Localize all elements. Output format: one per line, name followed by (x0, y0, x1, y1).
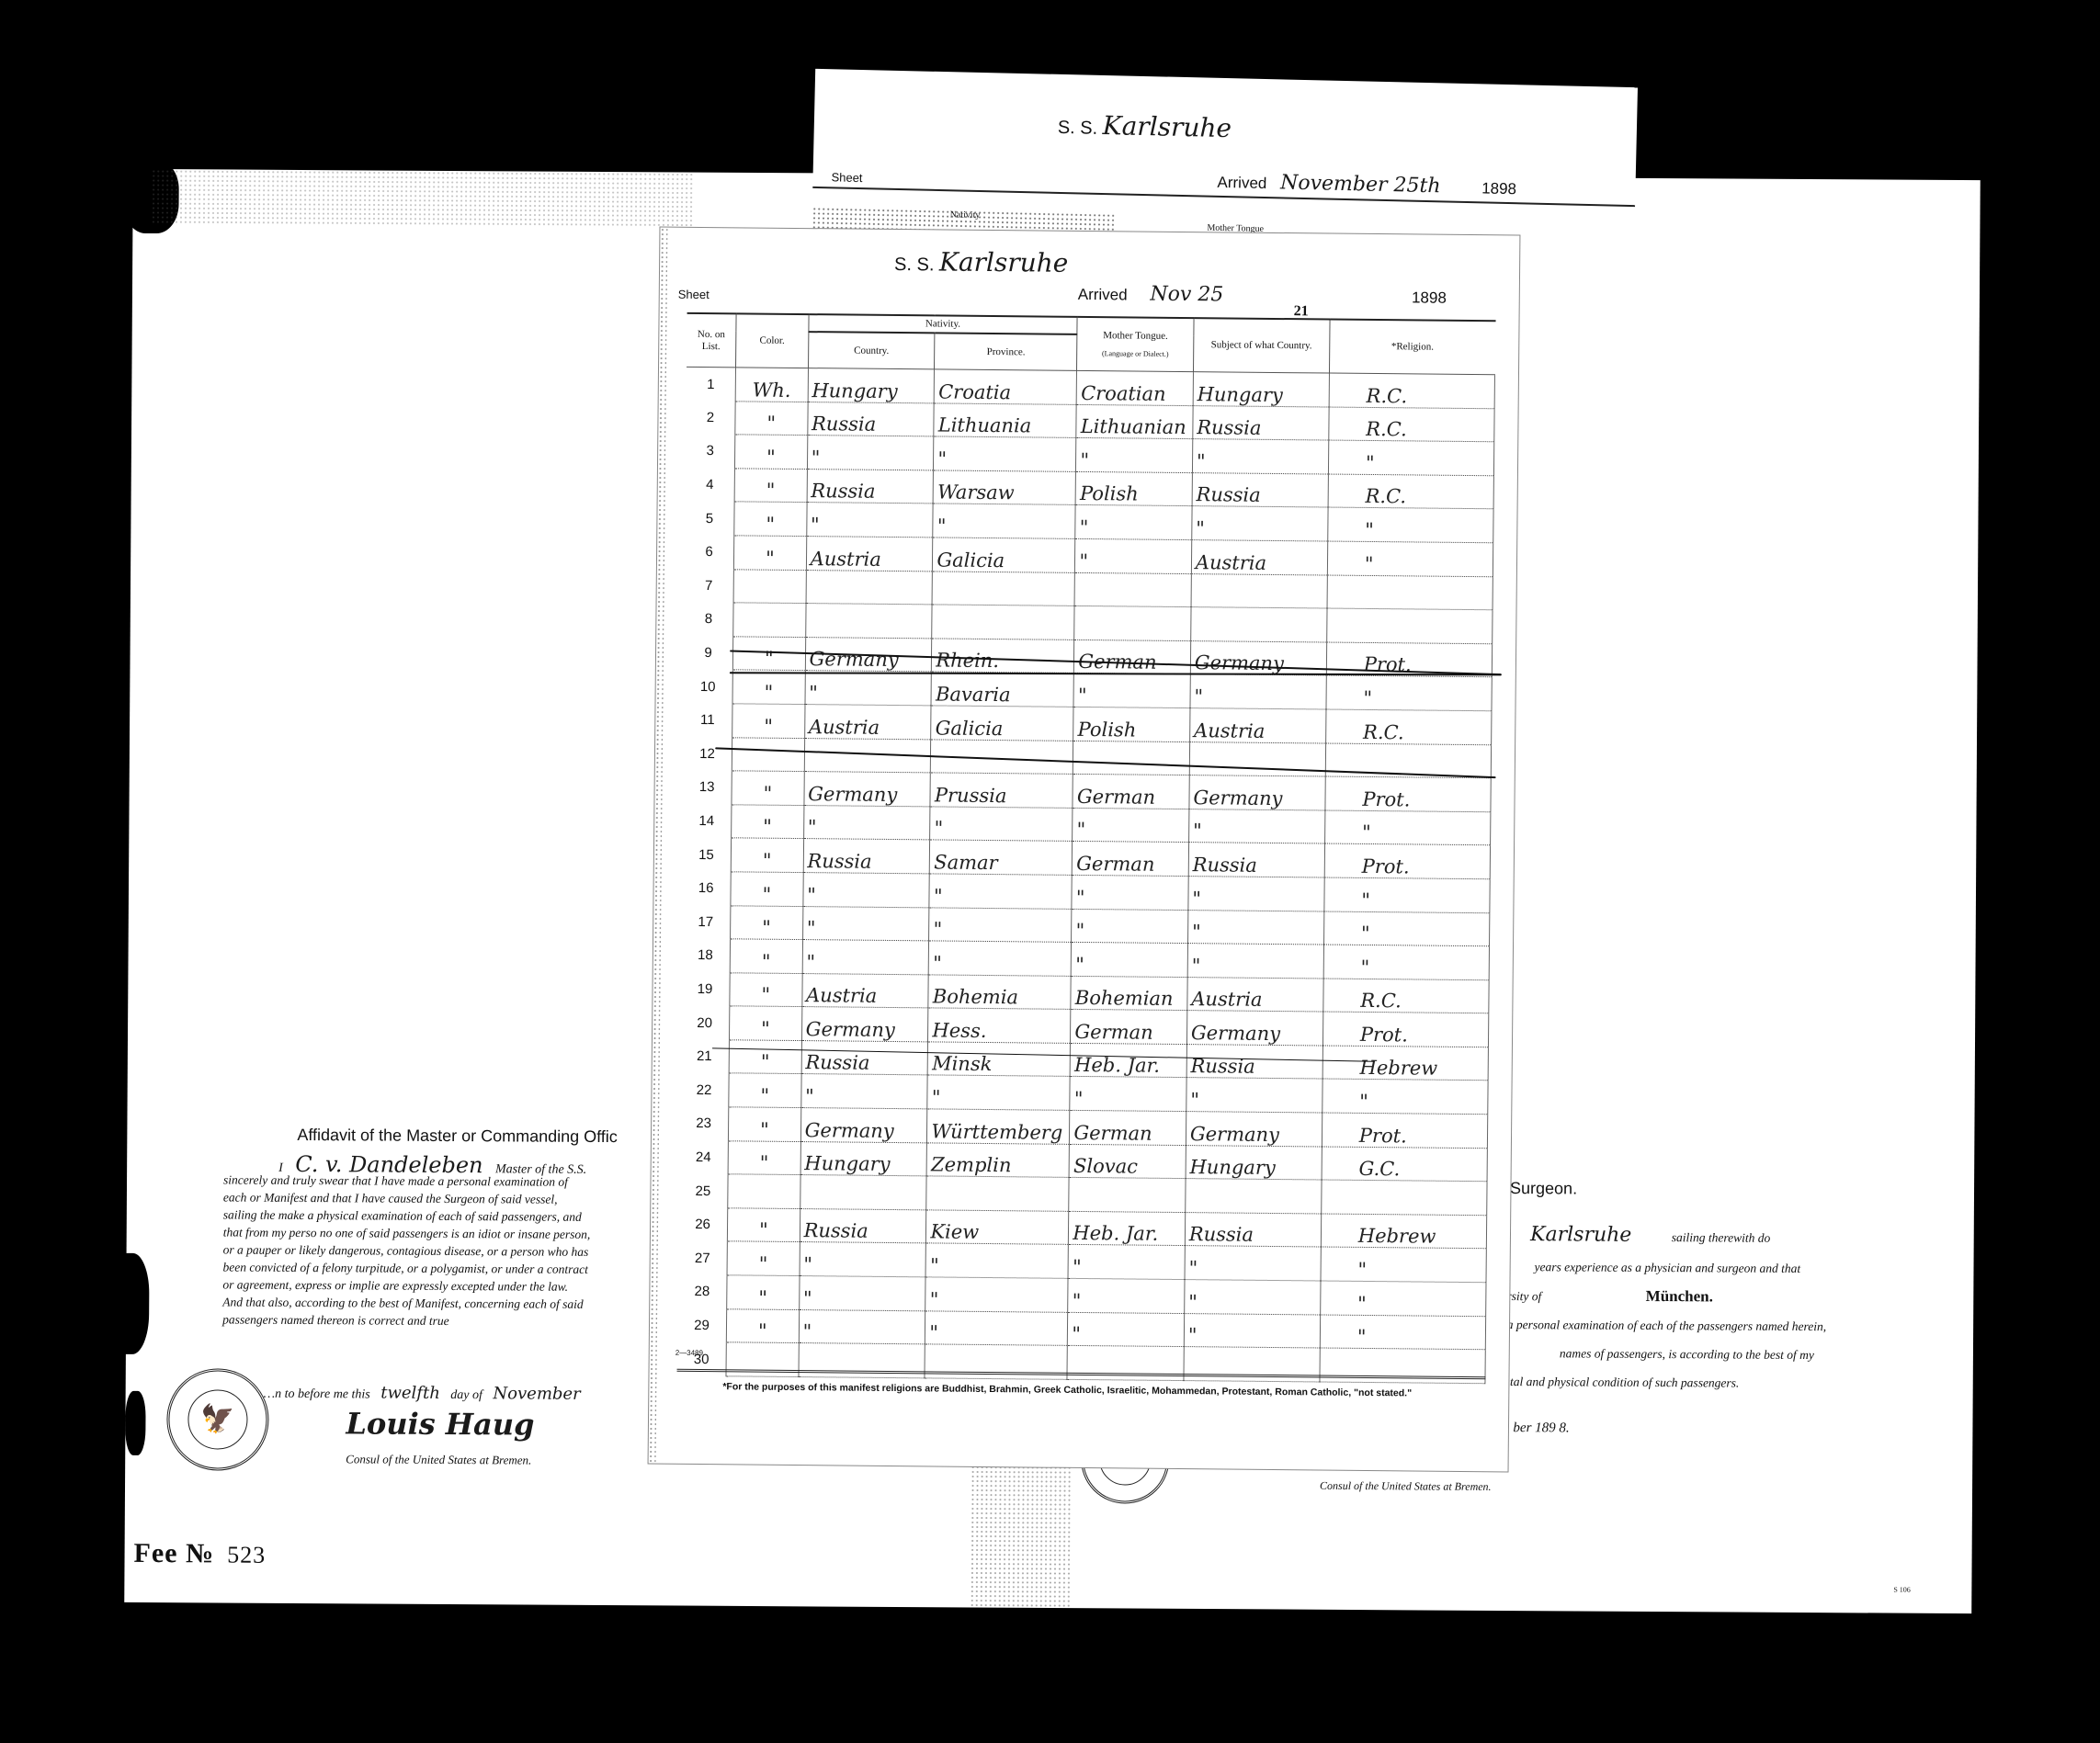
subject-cell: " (1184, 1313, 1320, 1348)
subject-cell: " (1192, 506, 1328, 541)
row-number: 22 (679, 1073, 729, 1107)
religion-cell: Prot. (1325, 776, 1491, 811)
country-cell: Russia (807, 402, 934, 436)
country-cell: Germany (800, 1108, 927, 1143)
mother-tongue-cell: Heb. Jar. (1071, 1043, 1187, 1078)
religion-cell: R.C. (1328, 474, 1493, 509)
sworn-line: …n to before me this twelfth day of Nove… (264, 1383, 581, 1404)
row-number: 15 (682, 838, 732, 872)
torn-edge (125, 1391, 145, 1455)
mother-tongue-cell: " (1075, 505, 1192, 540)
country-cell: Russia (800, 1208, 926, 1243)
color-cell: " (729, 1107, 801, 1141)
religion-cell: Hebrew (1321, 1214, 1486, 1249)
province-cell: " (927, 1075, 1070, 1110)
color-cell: " (727, 1208, 800, 1242)
mother-tongue-cell: Polish (1075, 471, 1192, 506)
country-cell: Austria (806, 537, 933, 572)
religion-cell: Prot. (1322, 1012, 1488, 1047)
mother-tongue-cell: Polish (1073, 707, 1190, 741)
row-number: 18 (681, 938, 731, 972)
row-number: 16 (681, 871, 731, 905)
color-cell: " (734, 502, 807, 536)
affidavit-master-body: sincerely and truly swear that I have ma… (222, 1171, 591, 1330)
color-cell: " (732, 805, 804, 839)
country-cell: Russia (801, 1040, 928, 1075)
scan-noise (970, 1460, 1072, 1608)
religion-footnote: *For the purposes of this manifest relig… (722, 1381, 1412, 1398)
province-cell: Warsaw (933, 470, 1075, 505)
province-cell: Lithuania (934, 403, 1076, 438)
country-cell: Germany (804, 772, 931, 807)
subject-cell: Russia (1186, 1044, 1322, 1079)
color-cell (733, 603, 806, 637)
color-cell (728, 1174, 800, 1208)
province-cell: " (929, 874, 1072, 909)
country-cell: " (807, 436, 934, 470)
religion-cell: Prot. (1322, 1113, 1487, 1148)
row-number: 28 (677, 1274, 727, 1308)
mother-tongue-cell: German (1073, 775, 1189, 809)
province-cell: Galicia (933, 538, 1075, 572)
header-color: Color. (736, 313, 809, 368)
province-cell: Croatia (935, 369, 1077, 404)
mother-tongue-cell: German (1070, 1110, 1186, 1145)
province-cell (932, 605, 1074, 639)
sheet-label: Sheet (678, 288, 709, 301)
color-cell: " (732, 704, 805, 738)
province-cell: Minsk (928, 1042, 1071, 1077)
row-number: 5 (685, 502, 734, 536)
mother-tongue-cell (1074, 606, 1191, 641)
subject-cell: " (1187, 944, 1323, 979)
mother-tongue-cell (1074, 572, 1191, 607)
color-cell (732, 737, 804, 771)
religion-cell: " (1321, 1247, 1486, 1282)
manifest-table: No. on List. Color. Nativity. Mother Ton… (676, 312, 1495, 1384)
previous-manifest-header: S. S. Karlsruhe Sheet Arrived November 2… (812, 69, 1638, 257)
color-cell: " (730, 972, 802, 1006)
fee-stamp: Fee №523 (133, 1538, 266, 1570)
country-cell: Hungary (800, 1141, 927, 1176)
religion-cell: " (1324, 810, 1490, 845)
mother-tongue-cell: " (1070, 1077, 1186, 1112)
country-cell: Russia (807, 469, 934, 504)
country-cell: " (805, 671, 932, 706)
subject-cell: Russia (1188, 843, 1324, 877)
religion-cell: " (1328, 440, 1493, 475)
mother-tongue-cell: " (1068, 1245, 1185, 1280)
row-number: 12 (683, 737, 732, 771)
religion-cell: R.C. (1323, 979, 1489, 1013)
province-cell: " (925, 1243, 1068, 1278)
country-cell: " (799, 1276, 925, 1311)
row-number: 20 (680, 1006, 730, 1040)
subject-cell: Austria (1191, 540, 1327, 575)
color-cell: " (728, 1140, 800, 1174)
consul-title-left: Consul of the United States at Bremen. (346, 1452, 531, 1467)
religion-cell: G.C. (1322, 1147, 1487, 1182)
header-no: No. on List. (687, 313, 736, 368)
subject-cell: " (1185, 1246, 1321, 1281)
color-cell: " (731, 872, 803, 906)
mother-tongue-cell (1073, 741, 1190, 775)
row-number: 8 (684, 602, 733, 636)
header-country: Country. (808, 332, 935, 369)
mother-tongue-cell: " (1072, 909, 1188, 944)
mother-tongue-cell: " (1076, 438, 1193, 473)
province-cell: Württemberg (927, 1109, 1070, 1144)
country-cell: " (802, 906, 929, 941)
consulate-seal-left: 🦅 (166, 1368, 269, 1471)
province-cell: " (925, 1277, 1068, 1312)
province-cell (932, 571, 1074, 606)
subject-cell: Germany (1190, 640, 1326, 675)
subject-cell: Germany (1189, 775, 1325, 810)
subject-cell: " (1190, 674, 1326, 709)
arrived-date: Nov 25 (1150, 283, 1223, 307)
header-subject: Subject of what Country. (1193, 318, 1330, 373)
row-number: 17 (681, 905, 731, 939)
torn-edge (108, 1253, 150, 1354)
header-mother-tongue: Mother Tongue. (Language or Dialect.) (1077, 317, 1194, 372)
mother-tongue-cell: German (1074, 639, 1191, 674)
religion-cell: R.C. (1329, 373, 1494, 408)
country-cell: Austria (804, 705, 931, 740)
row-number: 26 (678, 1207, 728, 1241)
religion-cell: " (1327, 541, 1493, 576)
mother-tongue-cell: German (1073, 842, 1189, 877)
header-province: Province. (935, 333, 1077, 370)
country-cell: " (800, 1242, 926, 1277)
province-cell: " (933, 504, 1075, 538)
mother-tongue-cell: Heb. Jar. (1069, 1211, 1186, 1246)
subject-cell: Russia (1192, 472, 1328, 507)
form-number: 2—3489 (675, 1349, 703, 1357)
province-cell: Bohemia (928, 975, 1071, 1010)
province-cell: Prussia (930, 773, 1073, 808)
row-number: 3 (686, 435, 735, 469)
mother-tongue-cell: German (1071, 1010, 1187, 1045)
province-cell: Kiew (926, 1210, 1069, 1245)
mother-tongue-cell: Lithuanian (1076, 404, 1193, 439)
eagle-emblem-icon: 🦅 (187, 1389, 247, 1449)
religion-cell: R.C. (1325, 709, 1491, 744)
row-number: 19 (680, 972, 730, 1006)
country-cell: " (806, 503, 933, 538)
country-cell: Russia (803, 839, 930, 874)
subject-cell (1191, 607, 1327, 642)
row-number: 10 (684, 670, 733, 704)
religion-cell (1327, 608, 1493, 643)
country-cell: " (803, 872, 930, 907)
color-cell: " (735, 401, 808, 435)
religion-cell: R.C. (1329, 407, 1494, 442)
province-cell: " (934, 436, 1076, 471)
subject-cell: Hungary (1186, 1145, 1322, 1180)
color-cell: " (732, 771, 804, 805)
row-number: 29 (677, 1308, 727, 1342)
color-cell: " (730, 1006, 802, 1040)
subject-cell: Germany (1186, 1011, 1322, 1046)
country-cell: " (799, 1309, 925, 1344)
color-cell: " (735, 435, 808, 469)
row-number: 23 (679, 1106, 729, 1140)
color-cell: " (729, 1040, 801, 1074)
row-number: 21 (680, 1039, 730, 1073)
religion-cell: " (1328, 507, 1493, 542)
mother-tongue-cell: " (1068, 1278, 1185, 1313)
religion-cell: Hebrew (1322, 1046, 1488, 1081)
religion-cell: Prot. (1324, 843, 1490, 878)
province-cell: Hess. (928, 1008, 1071, 1043)
country-cell (805, 604, 932, 639)
manifest-sheet: S. S. Karlsruhe Sheet Arrived Nov 25 189… (649, 228, 1520, 1472)
province-cell: Bavaria (931, 672, 1073, 707)
province-cell: Zemplin (926, 1143, 1069, 1178)
ship-name-line: S. S. Karlsruhe (894, 246, 1069, 278)
province-cell: " (925, 1310, 1068, 1345)
row-number: 27 (678, 1241, 728, 1275)
header-religion: *Religion. (1329, 320, 1495, 375)
color-cell (733, 569, 806, 603)
row-number: 25 (678, 1174, 728, 1208)
color-cell: " (733, 536, 806, 570)
mother-tongue-cell: Bohemian (1071, 976, 1187, 1011)
province-cell: " (930, 807, 1073, 842)
religion-cell: " (1320, 1315, 1485, 1350)
province-cell: " (929, 941, 1072, 976)
mother-tongue-cell: " (1068, 1312, 1185, 1347)
arrived-line: Arrived Nov 25 1898 (1078, 282, 1447, 309)
surgeon-date: ber 189 8. (1513, 1420, 1569, 1436)
mother-tongue-cell: Slovac (1069, 1144, 1186, 1179)
subject-cell: " (1186, 1078, 1322, 1113)
ship-name: Karlsruhe (939, 246, 1069, 277)
row-number: 7 (685, 569, 734, 603)
country-cell: Germany (801, 1007, 928, 1042)
country-cell: " (800, 1074, 927, 1109)
mother-tongue-cell: " (1075, 538, 1192, 573)
arrived-line: Arrived November 25th 1898 (1217, 170, 1516, 199)
religion-cell: " (1323, 945, 1489, 979)
mother-tongue-cell (1069, 1178, 1186, 1213)
row-number: 13 (682, 770, 732, 804)
subject-cell: " (1185, 1280, 1321, 1315)
country-cell (800, 1175, 926, 1210)
mother-tongue-cell: " (1073, 808, 1189, 843)
subject-cell: " (1188, 809, 1324, 843)
subject-cell: " (1188, 876, 1324, 911)
religion-cell: " (1326, 675, 1492, 710)
color-cell: " (727, 1241, 800, 1275)
religion-cell: " (1322, 1079, 1488, 1114)
color-cell: Wh. (735, 368, 808, 402)
province-cell: Samar (930, 840, 1073, 875)
subject-cell: Hungary (1193, 372, 1329, 407)
color-cell: " (729, 1073, 801, 1107)
mother-tongue-cell: Croatian (1077, 370, 1194, 405)
row-number: 9 (684, 636, 733, 670)
color-cell: " (731, 838, 803, 872)
subject-cell: Austria (1190, 708, 1326, 743)
row-number: 6 (685, 535, 734, 569)
consul-title-right: Consul of the United States at Bremen. (1320, 1479, 1492, 1494)
religion-cell: " (1324, 877, 1490, 912)
subject-cell: " (1192, 439, 1328, 474)
color-cell: " (734, 469, 807, 503)
country-cell: Hungary (808, 368, 935, 403)
row-number: 14 (682, 804, 732, 838)
country-cell: Austria (801, 973, 928, 1008)
religion-cell: " (1320, 1281, 1485, 1316)
country-cell: " (803, 805, 930, 840)
religion-cell (1322, 1180, 1487, 1215)
ship-name-line: S. S. Karlsruhe (1058, 109, 1232, 143)
affidavit-surgeon-body: of the S.S. Karlsruhe sailing therewith … (1459, 1220, 1937, 1398)
mother-tongue-cell: " (1073, 673, 1190, 708)
subject-cell (1191, 573, 1327, 608)
mother-tongue-cell: " (1072, 875, 1188, 910)
subject-cell: Austria (1187, 977, 1323, 1012)
province-cell: Galicia (931, 706, 1073, 741)
province-cell: Rhein. (932, 639, 1074, 673)
row-number: 4 (686, 468, 735, 502)
consul-signature: Louis Haug (346, 1406, 534, 1442)
subject-cell: Russia (1193, 405, 1329, 440)
subject-cell: " (1187, 910, 1323, 945)
province-cell: " (929, 907, 1072, 942)
row-number: 2 (686, 401, 735, 435)
religion-cell: " (1323, 911, 1489, 946)
row-number: 24 (679, 1140, 729, 1174)
form-code: S 106 (1893, 1586, 1911, 1594)
color-cell: " (731, 905, 803, 939)
country-cell: " (802, 940, 929, 975)
country-cell (806, 570, 933, 605)
subject-cell (1186, 1179, 1322, 1214)
scan-noise (151, 169, 693, 228)
color-cell: " (726, 1308, 799, 1342)
religion-cell (1327, 575, 1493, 610)
row-number: 11 (683, 703, 732, 737)
subject-cell: Germany (1186, 1112, 1322, 1147)
subject-cell (1189, 741, 1325, 776)
affidavit-master-title: Affidavit of the Master or Commanding Of… (297, 1126, 618, 1147)
row-number: 1 (687, 367, 736, 401)
color-cell: " (730, 939, 802, 973)
color-cell: " (732, 670, 805, 704)
color-cell: " (727, 1275, 800, 1309)
subject-cell: Russia (1185, 1212, 1321, 1247)
mother-tongue-cell: " (1072, 942, 1188, 977)
province-cell (926, 1176, 1069, 1211)
